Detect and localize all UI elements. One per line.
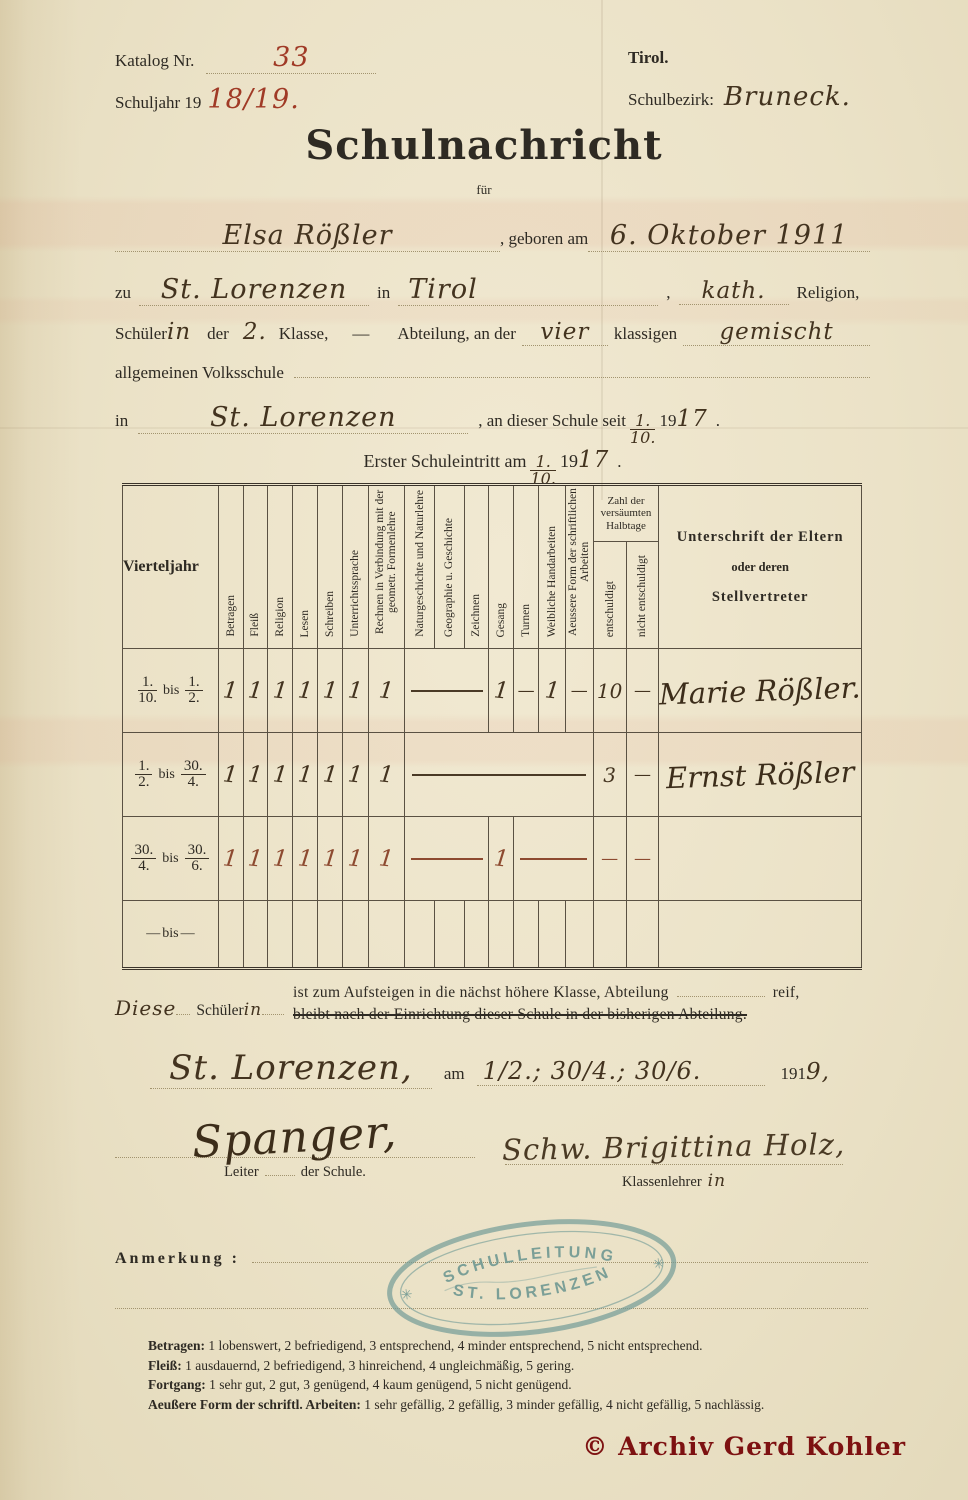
col-header-religion-label: Religion — [274, 597, 286, 637]
col-header-fleiss: Fleiß — [243, 485, 268, 649]
legend-fortgang: Fortgang: 1 sehr gut, 2 gut, 3 genügend,… — [148, 1375, 918, 1395]
period-to-num: 1. — [185, 675, 202, 691]
halbtage-entschuldigt: 10 — [593, 649, 626, 733]
period-cell: 30.4. bis 30.6. — [123, 817, 219, 901]
stamp-star-left: ✳ — [400, 1286, 414, 1303]
geboren-label: , geboren am — [500, 229, 588, 249]
dates-handwritten: 1/2.; 30/4.; 30/6. — [483, 1057, 702, 1085]
grade-lesen: 1 — [293, 649, 318, 733]
district-block: Tirol. Schulbezirk: Bruneck. — [628, 48, 851, 112]
year-handwritten: 9, — [806, 1059, 830, 1085]
abteilung-label: Abteilung, an der — [397, 324, 516, 344]
grade-unterrichtssprache: 1 — [342, 649, 368, 733]
line-volksschule: allgemeinen Volksschule — [115, 363, 870, 402]
period-to-num: 30. — [181, 759, 206, 775]
table-header-row: Vierteljahr Betragen Fleiß Religion Lese… — [123, 485, 862, 542]
grade-aeussere: — — [565, 649, 593, 733]
col-header-rechnen: Rechnen in Verbindung mit der geometr. F… — [368, 485, 405, 649]
period-cell: — bis — — [123, 901, 219, 969]
col-header-vierteljahr: Vierteljahr — [123, 485, 219, 649]
klassenlehrer-label: Klassenlehrer — [622, 1174, 702, 1191]
klasse-label: Klasse, — [279, 324, 329, 344]
unterschrift-line2: oder deren — [659, 560, 861, 575]
period-from-den: 2. — [135, 775, 152, 790]
col-header-betragen-label: Betragen — [225, 595, 237, 637]
grade-schreiben: 1 — [317, 817, 342, 901]
grade-cell-empty — [268, 901, 293, 969]
document-title: Schulnachricht — [0, 122, 968, 169]
eintritt-label: Erster Schuleintritt am — [364, 451, 527, 472]
katalog-number-handwritten: 33 — [273, 42, 309, 73]
col-header-gesang: Gesang — [489, 485, 514, 649]
volksschule-label: allgemeinen Volksschule — [115, 363, 284, 383]
leiter-label: Leiter — [224, 1164, 259, 1181]
schueler-label: Schüler — [115, 324, 167, 344]
religion-label: Religion, — [797, 283, 860, 303]
col-header-aeussere-form: Aeussere Form der schriftlichen Arbeiten — [565, 485, 593, 649]
line-school-place: in St. Lorenzen , an dieser Schule seit … — [115, 402, 870, 447]
col-header-gesang-label: Gesang — [495, 603, 507, 638]
stamp-star-right: ✳ — [652, 1255, 666, 1272]
table-row-quarter3: 30.4. bis 30.6. 1 1 1 1 1 1 1 1 — — — [123, 817, 862, 901]
religion-value-handwritten: kath. — [702, 278, 766, 304]
schueler-suffix-handwritten: in — [244, 1000, 262, 1020]
col-header-weibliche-label: Weibliche Handarbeiten — [546, 526, 558, 637]
archive-watermark: © Archiv Gerd Kohler — [582, 1432, 906, 1461]
col-header-naturgeschichte-label: Naturgeschichte und Naturlehre — [414, 490, 426, 637]
am-label: am — [444, 1064, 465, 1084]
student-name-handwritten: Elsa Rößler — [222, 220, 392, 251]
col-header-aeussere-label: Aeussere Form der schriftlichen Arbeiten — [567, 487, 591, 637]
grading-legend: Betragen: 1 lobenswert, 2 befriedigend, … — [148, 1336, 918, 1414]
schuljahr-value-handwritten: 18/19. — [207, 84, 299, 115]
birth-date-handwritten: 6. Oktober 1911 — [610, 220, 848, 251]
promotion-line2-struck: bleibt nach der Einrichtung dieser Schul… — [293, 1006, 873, 1024]
eintritt-year-printed: 19 — [560, 451, 578, 472]
line-birthplace-religion: zu St. Lorenzen in Tirol , kath. Religio… — [115, 274, 870, 319]
leiter-label2: der Schule. — [301, 1164, 366, 1181]
seit-year-printed: 19 — [659, 411, 676, 431]
klassenlehrer-suffix-handwritten: in — [708, 1171, 726, 1191]
period-from-num: 1. — [135, 759, 152, 775]
leiter-signature-handwritten: Spanger, — [191, 1107, 399, 1169]
grade-cell-empty — [368, 901, 405, 969]
birth-region-handwritten: Tirol — [408, 274, 477, 305]
col-header-schreiben-label: Schreiben — [324, 591, 336, 637]
table-row-quarter2: 1.2. bis 30.4. 1 1 1 1 1 1 1 3 — Ernst R… — [123, 733, 862, 817]
der-label: der — [207, 324, 229, 344]
period-from-dash: — — [146, 926, 160, 942]
col-header-unterschrift: Unterschrift der Eltern oder deren Stell… — [659, 485, 862, 649]
grade-rechnen: 1 — [368, 649, 405, 733]
grade-dash-span-naturgeschichte-aeussere — [405, 733, 593, 817]
grade-unterrichtssprache: 1 — [342, 817, 368, 901]
abteilung-dash: — — [352, 324, 369, 344]
birthplace-handwritten: St. Lorenzen — [161, 274, 348, 305]
grade-turnen: — — [514, 649, 539, 733]
col-header-geographie: Geographie u. Geschichte — [434, 485, 464, 649]
period-from-den: 10. — [138, 691, 157, 706]
col-header-turnen-label: Turnen — [520, 604, 532, 637]
col-header-halbtage-group: Zahl der versäumten Halbtage — [593, 485, 659, 542]
schueler-suffix-handwritten: in — [167, 319, 191, 345]
halbtage-nicht-entschuldigt: — — [626, 733, 659, 817]
col-header-turnen: Turnen — [514, 485, 539, 649]
period-cell: 1.2. bis 30.4. — [123, 733, 219, 817]
grade-rechnen: 1 — [368, 733, 405, 817]
place-date-line: St. Lorenzen, am 1/2.; 30/4.; 30/6. 191 … — [150, 1048, 830, 1089]
diese-handwritten: Diese — [115, 996, 176, 1020]
unterschrift-line3: Stellvertreter — [659, 589, 861, 606]
grade-cell-empty — [405, 901, 435, 969]
col-header-religion: Religion — [268, 485, 293, 649]
grade-cell-empty — [538, 901, 565, 969]
col-header-lesen-label: Lesen — [299, 610, 311, 637]
schuljahr-label: Schuljahr 19 — [115, 93, 201, 113]
in2-label: in — [115, 411, 128, 431]
period-to-den: 6. — [185, 859, 210, 874]
grade-lesen: 1 — [293, 733, 318, 817]
halbtage-entschuldigt: — — [593, 817, 626, 901]
schueler-word: Schüler — [196, 1002, 243, 1020]
col-header-zeichnen: Zeichnen — [464, 485, 489, 649]
schulbezirk-label: Schulbezirk: — [628, 90, 714, 110]
grade-cell-empty — [514, 901, 539, 969]
bis-label: bis — [162, 851, 178, 867]
grade-cell-empty — [293, 901, 318, 969]
grade-gesang: 1 — [489, 817, 514, 901]
halbtage-cell-empty — [593, 901, 626, 969]
parent-signature-cell — [659, 817, 862, 901]
grade-cell-empty — [317, 901, 342, 969]
col-header-nicht-entschuldigt: nicht entschuldigt — [626, 542, 659, 649]
col-header-fleiss-label: Fleiß — [249, 613, 261, 637]
col-header-unterrichtssprache: Unterrichtssprache — [342, 485, 368, 649]
anmerkung-label: Anmerkung : — [115, 1250, 240, 1268]
col-header-betragen: Betragen — [218, 485, 243, 649]
legend-fleiss: Fleiß: 1 ausdauernd, 2 befriedigend, 3 h… — [148, 1356, 918, 1376]
promotion-statement: Diese Schülerin ist zum Aufsteigen in di… — [115, 984, 873, 1024]
col-header-lesen: Lesen — [293, 485, 318, 649]
grade-cell-empty — [218, 901, 243, 969]
line-class: Schüler in der 2. Klasse, — Abteilung, a… — [115, 319, 870, 363]
line-name-birth: Elsa Rößler , geboren am 6. Oktober 1911 — [115, 220, 870, 274]
grade-betragen: 1 — [218, 817, 243, 901]
seit-label: , an dieser Schule seit — [478, 411, 626, 431]
class-number-handwritten: 2. — [243, 319, 267, 345]
grade-cell-empty — [464, 901, 489, 969]
grade-weibliche: 1 — [538, 649, 565, 733]
bis-label: bis — [162, 926, 178, 942]
parent-signature-cell: Marie Rößler. — [659, 649, 862, 733]
table-row-quarter4-empty: — bis — — [123, 901, 862, 969]
grade-fleiss: 1 — [243, 733, 268, 817]
katalog-label: Katalog Nr. — [115, 51, 194, 71]
grade-dash-span-naturgeschichte-zeichnen — [405, 817, 489, 901]
in-label: in — [377, 283, 390, 303]
col-header-geographie-label: Geographie u. Geschichte — [443, 518, 455, 637]
halbtage-cell-empty — [626, 901, 659, 969]
school-place-handwritten: St. Lorenzen — [210, 402, 397, 433]
grade-rechnen: 1 — [368, 817, 405, 901]
table-row-quarter1: 1.10. bis 1.2. 1 1 1 1 1 1 1 1 — 1 — 10 … — [123, 649, 862, 733]
grade-betragen: 1 — [218, 649, 243, 733]
zu-label: zu — [115, 283, 131, 303]
period-to-dash: — — [181, 926, 195, 942]
period-cell: 1.10. bis 1.2. — [123, 649, 219, 733]
comma: , — [666, 283, 670, 303]
seit-date-denominator: 10. — [630, 430, 655, 446]
halbtage-entschuldigt: 3 — [593, 733, 626, 817]
bis-label: bis — [163, 683, 179, 699]
parent-signature-cell: Ernst Rößler — [659, 733, 862, 817]
title-fuer: für — [0, 182, 968, 198]
signatures-block: Spanger, Leiter der Schule. Schw. Brigit… — [115, 1112, 873, 1191]
bis-label: bis — [158, 767, 174, 783]
grade-religion: 1 — [268, 649, 293, 733]
unterschrift-line1: Unterschrift der Eltern — [659, 529, 861, 546]
period-from-den: 4. — [131, 859, 156, 874]
klassig-value-handwritten: vier — [540, 319, 589, 345]
period-to-den: 2. — [185, 691, 202, 706]
school-kind-handwritten: gemischt — [719, 319, 833, 345]
grade-dash-span-naturgeschichte-zeichnen — [405, 649, 489, 733]
grade-schreiben: 1 — [317, 733, 342, 817]
seit-year-handwritten: 17 — [676, 406, 707, 432]
schulbezirk-value-handwritten: Bruneck. — [724, 82, 851, 112]
grade-cell-empty — [565, 901, 593, 969]
eintritt-period: . — [617, 452, 621, 472]
katalog-block: Katalog Nr. 33 Schuljahr 19 18/19. — [115, 42, 376, 126]
entschuldigt-label: entschuldigt — [604, 581, 616, 637]
region-label: Tirol. — [628, 48, 851, 68]
halbtage-nicht-entschuldigt: — — [626, 817, 659, 901]
promotion-line1-end: reif, — [773, 984, 800, 1002]
grade-lesen: 1 — [293, 817, 318, 901]
grades-table: Vierteljahr Betragen Fleiß Religion Lese… — [122, 483, 862, 970]
grade-fleiss: 1 — [243, 649, 268, 733]
grade-fleiss: 1 — [243, 817, 268, 901]
period-from-num: 30. — [131, 843, 156, 859]
grade-unterrichtssprache: 1 — [342, 733, 368, 817]
grade-schreiben: 1 — [317, 649, 342, 733]
stamp-svg: SCHULLEITUNG ST. LORENZEN ✳ ✳ — [376, 1200, 688, 1356]
col-header-weibliche-handarbeiten: Weibliche Handarbeiten — [538, 485, 565, 649]
seit-period: . — [716, 411, 720, 431]
legend-aeussere-form: Aeußere Form der schriftl. Arbeiten: 1 s… — [148, 1395, 918, 1415]
col-header-unterrichtssprache-label: Unterrichtssprache — [349, 550, 361, 637]
grade-gesang: 1 — [489, 649, 514, 733]
col-header-naturgeschichte: Naturgeschichte und Naturlehre — [405, 485, 435, 649]
period-to-num: 30. — [185, 843, 210, 859]
nicht-entschuldigt-label: nicht entschuldigt — [636, 555, 648, 637]
lehrerin-signature-handwritten: Schw. Brigittina Holz, — [502, 1127, 846, 1167]
grade-cell-empty — [342, 901, 368, 969]
col-header-zeichnen-label: Zeichnen — [470, 594, 482, 637]
col-header-rechnen-label: Rechnen in Verbindung mit der geometr. F… — [374, 487, 398, 637]
parent-signature-cell-empty — [659, 901, 862, 969]
grade-religion: 1 — [268, 733, 293, 817]
grade-cell-empty — [434, 901, 464, 969]
grade-cell-empty — [243, 901, 268, 969]
eintritt-year-handwritten: 17 — [578, 447, 609, 473]
grade-dash-span-turnen-aeussere — [514, 817, 594, 901]
grade-cell-empty — [489, 901, 514, 969]
body-fill-lines: Elsa Rößler , geboren am 6. Oktober 1911… — [115, 220, 870, 495]
period-from-num: 1. — [138, 675, 157, 691]
grade-religion: 1 — [268, 817, 293, 901]
seit-date-fraction: 1. 10. — [630, 413, 655, 447]
legend-betragen: Betragen: 1 lobenswert, 2 befriedigend, … — [148, 1336, 918, 1356]
col-header-entschuldigt: entschuldigt — [593, 542, 626, 649]
grade-betragen: 1 — [218, 733, 243, 817]
col-header-schreiben: Schreiben — [317, 485, 342, 649]
year-printed: 191 — [781, 1064, 807, 1084]
period-to-den: 4. — [181, 775, 206, 790]
schulnachricht-document: Katalog Nr. 33 Schuljahr 19 18/19. Tirol… — [0, 0, 968, 1500]
promotion-line1: ist zum Aufsteigen in die nächst höhere … — [293, 984, 669, 1002]
date-place-handwritten: St. Lorenzen, — [169, 1048, 413, 1088]
halbtage-nicht-entschuldigt: — — [626, 649, 659, 733]
klassigen-label: klassigen — [614, 324, 677, 344]
